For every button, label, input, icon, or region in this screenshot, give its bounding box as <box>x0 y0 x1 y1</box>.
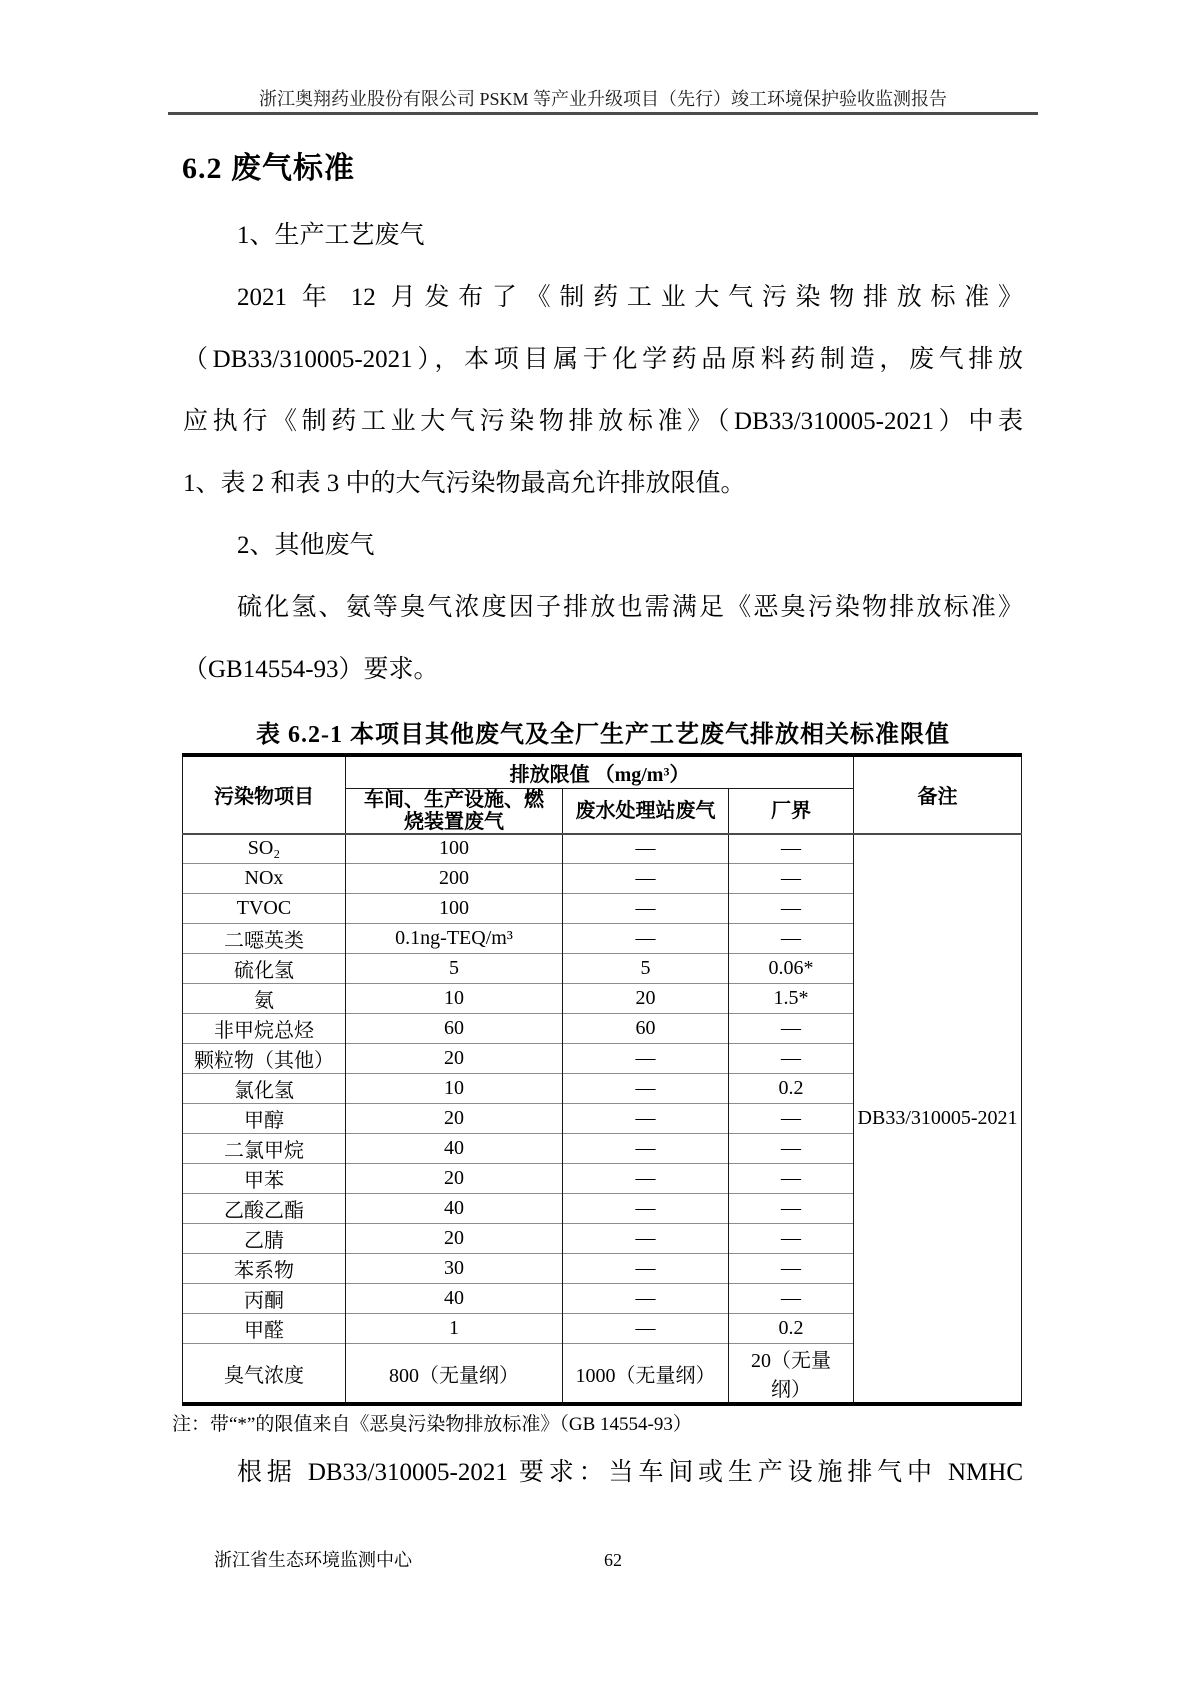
cell-wastewater: — <box>563 1254 729 1284</box>
cell-boundary: — <box>729 864 854 894</box>
cell-workshop: 1 <box>346 1314 563 1344</box>
cell-boundary: 0.2 <box>729 1314 854 1344</box>
cell-boundary: — <box>729 1284 854 1314</box>
row-label: 臭气浓度 <box>183 1344 346 1405</box>
cell-workshop: 60 <box>346 1014 563 1044</box>
table-footnote: 注：带“*”的限值来自《恶臭污染物排放标准》（GB 14554-93） <box>172 1412 1032 1438</box>
page-header-title: 浙江奥翔药业股份有限公司 PSKM 等产业升级项目（先行）竣工环境保护验收监测报… <box>168 88 1038 110</box>
col-header-limit-group: 排放限值 （mg/m³） <box>346 755 854 788</box>
cell-boundary: — <box>729 1044 854 1074</box>
cell-wastewater: — <box>563 1314 729 1344</box>
row-label: 颗粒物（其他） <box>183 1044 346 1074</box>
cell-boundary: — <box>729 894 854 924</box>
cell-workshop: 800（无量纲） <box>346 1344 563 1405</box>
cell-wastewater: 60 <box>563 1014 729 1044</box>
body-line: 硫化氢、氨等臭气浓度因子排放也需满足《恶臭污染物排放标准》 <box>183 577 1023 639</box>
cell-boundary: — <box>729 1254 854 1284</box>
cell-workshop: 20 <box>346 1044 563 1074</box>
cell-boundary: 0.06* <box>729 954 854 984</box>
col-header-boundary: 厂界 <box>729 788 854 834</box>
cell-workshop: 20 <box>346 1224 563 1254</box>
cell-wastewater: 1000（无量纲） <box>563 1344 729 1405</box>
closing-paragraph: 根据 DB33/310005-2021 要求：当车间或生产设施排气中 NMHC <box>183 1448 1023 1498</box>
body-line: （GB14554-93）要求。 <box>183 639 1023 701</box>
cell-workshop: 40 <box>346 1194 563 1224</box>
footer-page-number: 62 <box>563 1548 663 1572</box>
body-line: 2、其他废气 <box>183 515 1023 577</box>
cell-boundary: 20（无量 纲） <box>729 1344 854 1405</box>
cell-wastewater: — <box>563 1074 729 1104</box>
cell-boundary: — <box>729 834 854 864</box>
cell-boundary: — <box>729 1224 854 1254</box>
cell-workshop: 5 <box>346 954 563 984</box>
table-caption: 表 6.2-1 本项目其他废气及全厂生产工艺废气排放相关标准限值 <box>183 714 1023 749</box>
row-label: 丙酮 <box>183 1284 346 1314</box>
body-line: 应执行《制药工业大气污染物排放标准》（DB33/310005-2021）中表 <box>183 391 1023 453</box>
body-line: （DB33/310005-2021），本项目属于化学药品原料药制造，废气排放 <box>183 329 1023 391</box>
cell-wastewater: — <box>563 1194 729 1224</box>
row-label: 乙腈 <box>183 1224 346 1254</box>
cell-workshop: 40 <box>346 1284 563 1314</box>
footer-organization: 浙江省生态环境监测中心 <box>214 1548 412 1572</box>
cell-workshop: 10 <box>346 984 563 1014</box>
row-label: 苯系物 <box>183 1254 346 1284</box>
emission-limits-table: 污染物项目 排放限值 （mg/m³） 备注 车间、生产设施、燃 烧装置废气 废水… <box>182 753 1022 1406</box>
cell-workshop: 40 <box>346 1134 563 1164</box>
cell-workshop: 30 <box>346 1254 563 1284</box>
cell-wastewater: — <box>563 1224 729 1254</box>
row-label: SO₂ <box>183 834 346 864</box>
row-label: 乙酸乙酯 <box>183 1194 346 1224</box>
cell-workshop: 0.1ng-TEQ/m³ <box>346 924 563 954</box>
body-line: 1、表 2 和表 3 中的大气污染物最高允许排放限值。 <box>183 453 1023 515</box>
col-header-pollutant: 污染物项目 <box>183 755 346 834</box>
report-page: 浙江奥翔药业股份有限公司 PSKM 等产业升级项目（先行）竣工环境保护验收监测报… <box>0 0 1190 1683</box>
cell-boundary: — <box>729 1164 854 1194</box>
col-header-wastewater: 废水处理站废气 <box>563 788 729 834</box>
cell-boundary: — <box>729 1134 854 1164</box>
cell-boundary: — <box>729 924 854 954</box>
cell-boundary: 0.2 <box>729 1074 854 1104</box>
row-label: 甲醇 <box>183 1104 346 1134</box>
cell-wastewater: — <box>563 924 729 954</box>
cell-wastewater: 5 <box>563 954 729 984</box>
cell-wastewater: — <box>563 864 729 894</box>
cell-wastewater: — <box>563 834 729 864</box>
cell-wastewater: — <box>563 894 729 924</box>
row-label: 非甲烷总烃 <box>183 1014 346 1044</box>
cell-workshop: 200 <box>346 864 563 894</box>
row-label: 甲苯 <box>183 1164 346 1194</box>
cell-workshop: 20 <box>346 1104 563 1134</box>
cell-workshop: 10 <box>346 1074 563 1104</box>
cell-wastewater: — <box>563 1164 729 1194</box>
body-line: 2021 年 12 月发布了《制药工业大气污染物排放标准》 <box>183 267 1023 329</box>
row-label: 氨 <box>183 984 346 1014</box>
cell-boundary: — <box>729 1104 854 1134</box>
col-header-workshop: 车间、生产设施、燃 烧装置废气 <box>346 788 563 834</box>
header-rule-divider <box>168 112 1038 115</box>
cell-wastewater: — <box>563 1044 729 1074</box>
table-header-row: 污染物项目 排放限值 （mg/m³） 备注 <box>183 755 1022 788</box>
cell-boundary: — <box>729 1014 854 1044</box>
row-label: 二氯甲烷 <box>183 1134 346 1164</box>
cell-wastewater: 20 <box>563 984 729 1014</box>
cell-wastewater: — <box>563 1134 729 1164</box>
cell-workshop: 20 <box>346 1164 563 1194</box>
body-line: 1、生产工艺废气 <box>183 205 1023 267</box>
row-label: 硫化氢 <box>183 954 346 984</box>
cell-boundary: 1.5* <box>729 984 854 1014</box>
row-label: NOx <box>183 864 346 894</box>
row-label: 甲醛 <box>183 1314 346 1344</box>
cell-wastewater: — <box>563 1284 729 1314</box>
cell-boundary: — <box>729 1194 854 1224</box>
cell-wastewater: — <box>563 1104 729 1134</box>
cell-workshop: 100 <box>346 834 563 864</box>
col-header-remark: 备注 <box>854 755 1022 834</box>
cell-workshop: 100 <box>346 894 563 924</box>
row-label: TVOC <box>183 894 346 924</box>
body-text-block: 1、生产工艺废气 2021 年 12 月发布了《制药工业大气污染物排放标准》 （… <box>183 205 1023 701</box>
section-heading: 6.2 废气标准 <box>182 150 355 188</box>
table-row: SO₂ 100 — — DB33/310005-2021 <box>183 834 1022 864</box>
remark-value: DB33/310005-2021 <box>854 834 1022 1405</box>
row-label: 二噁英类 <box>183 924 346 954</box>
row-label: 氯化氢 <box>183 1074 346 1104</box>
